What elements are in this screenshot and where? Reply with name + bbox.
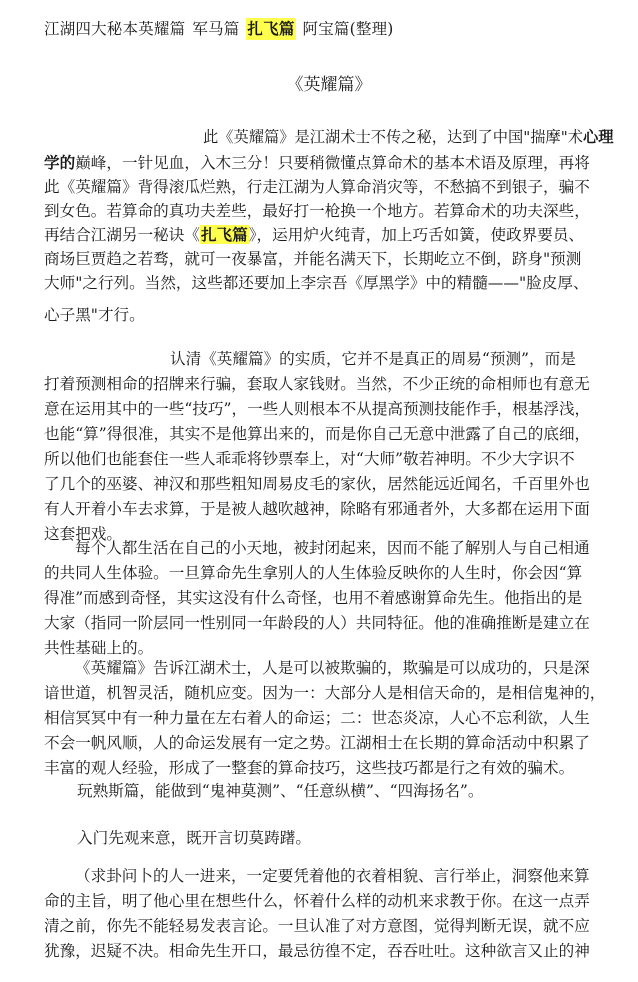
paragraph-7: （求卦问卜的人一进来，一定要凭着他的衣着相貌、言行举止，洞察他来算 命的主旨，明… <box>44 864 614 964</box>
document-title: 《英耀篇》 <box>0 73 638 97</box>
paragraph-1: 此《英耀篇》是江湖术士不传之秘，达到了中国"揣摩"术心理 学的巅峰，一针见血，入… <box>44 124 614 327</box>
paragraph-line: 不会一帆风顺，人的命运发展有一定之势。江湖相士在长期的算命活动中积累了 <box>44 731 614 756</box>
paragraph-3: 每个人都生活在自己的小天地，被封闭起来，因而不能了解别人与自己相通 的共同人生体… <box>44 536 614 661</box>
paragraph-line: 到女色。若算命的真功夫差些，最好打一枪换一个地方。若算命术的功夫深些， <box>44 199 614 223</box>
header-highlighted-zhafei: 扎飞篇 <box>246 18 295 40</box>
paragraph-line: 大家（指同一阶层同一性别同一年龄段的人）共同特征。他的准确推断是建立在 <box>44 611 614 636</box>
paragraph-line: 谙世道，机智灵活，随机应变。因为一：大部分人是相信天命的，是相信鬼神的， <box>44 681 614 706</box>
highlight-zhafei: 扎飞篇 <box>200 225 249 244</box>
paragraph-line: 犹豫，迟疑不决。相命先生开口，最忌彷徨不定，吞吞吐吐。这种欲言又止的神 <box>44 939 614 964</box>
header-part-abao: 阿宝篇(整理) <box>303 18 394 40</box>
paragraph-line: 相信冥冥中有一种力量在左右着人的命运；二：世态炎凉，人心不忘利欲，人生 <box>44 706 614 731</box>
paragraph-line: 得准”而感到奇怪，其实这没有什么奇怪，也用不着感谢算命先生。他指出的是 <box>44 586 614 611</box>
paragraph-line: 大师"之行列。当然，这些都还要加上李宗吾《厚黑学》中的精髓——"脸皮厚、 <box>44 271 614 303</box>
paragraph-line: 《英耀篇》告诉江湖术士，人是可以被欺骗的，欺骗是可以成功的，只是深 <box>44 656 614 681</box>
paragraph-line: 每个人都生活在自己的小天地，被封闭起来，因而不能了解别人与自己相通 <box>44 536 614 561</box>
paragraph-line: 了几个的巫婆、神汉和那些粗知周易皮毛的家伙，居然能远近闻名，千百里外也 <box>44 472 614 497</box>
paragraph-line: 学的巅峰，一针见血，入木三分！只要稍微懂点算命术的基本术语及原理，再将 <box>44 150 614 175</box>
paragraph-line: 打着预测相命的招牌来行骗，套取人家钱财。当然，不少正统的命相师也有意无 <box>44 372 614 397</box>
paragraph-line: 命的主旨，明了他心里在想些什么，怀着什么样的动机来求教于你。在这一点弄 <box>44 889 614 914</box>
paragraph-line: 所以他们也能套住一些人乖乖将钞票奉上，对“大师”敬若神明。不少大字识不 <box>44 447 614 472</box>
document-header: 江湖四大秘本英耀篇军马篇扎飞篇阿宝篇(整理) <box>44 18 394 40</box>
paragraph-line: 入门先观来意，既开言切莫踌躇。 <box>77 825 638 851</box>
paragraph-line: 商场巨贾趋之若骛，就可一夜暴富，并能名满天下，长期屹立不倒，跻身"预测 <box>44 247 614 271</box>
paragraph-line: （求卦问卜的人一进来，一定要凭着他的衣着相貌、言行举止，洞察他来算 <box>44 864 614 889</box>
paragraph-line: 清之前，你先不能轻易发表言论。一旦认准了对方意图，觉得判断无误，就不应 <box>44 914 614 939</box>
paragraph-line: 再结合江湖另一秘诀《扎飞篇》，运用炉火纯青，加上巧舌如簧，使政界要员、 <box>44 223 614 247</box>
paragraph-line: 心子黑"才行。 <box>44 303 614 327</box>
paragraph-line: 也能“算”得很准，其实不是他算出来的，而是你自己无意中泄露了自己的底细， <box>44 422 614 447</box>
paragraph-line: 的共同人生体验。一旦算命先生拿别人的人生体验反映你的人生时，你会因“算 <box>44 561 614 586</box>
paragraph-5: 玩熟斯篇，能做到“鬼神莫测”、“任意纵横”、“四海扬名”。 <box>77 778 638 804</box>
header-prefix: 江湖四大秘本英耀篇 <box>44 18 185 40</box>
header-part-junma: 军马篇 <box>192 18 239 40</box>
paragraph-4: 《英耀篇》告诉江湖术士，人是可以被欺骗的，欺骗是可以成功的，只是深 谙世道，机智… <box>44 656 614 781</box>
paragraph-line: 此《英耀篇》是江湖术士不传之秘，达到了中国"揣摩"术心理 <box>44 124 614 150</box>
paragraph-line: 此《英耀篇》背得滚瓜烂熟，行走江湖为人算命消灾等，不愁搞不到银子，骗不 <box>44 175 614 199</box>
paragraph-line: 有人开着小车去求算，于是被人越吹越神，除略有邪通者外，大多都在运用下面 <box>44 497 614 522</box>
paragraph-6: 入门先观来意，既开言切莫踌躇。 <box>77 825 638 851</box>
paragraph-line: 认清《英耀篇》的实质，它并不是真正的周易“预测”，而是 <box>44 347 614 372</box>
document-page: 江湖四大秘本英耀篇军马篇扎飞篇阿宝篇(整理) 《英耀篇》 此《英耀篇》是江湖术士… <box>0 0 638 982</box>
paragraph-line: 玩熟斯篇，能做到“鬼神莫测”、“任意纵横”、“四海扬名”。 <box>77 778 638 804</box>
paragraph-2: 认清《英耀篇》的实质，它并不是真正的周易“预测”，而是 打着预测相命的招牌来行骗… <box>44 347 614 547</box>
paragraph-line: 意在运用其中的一些“技巧”，一些人则根本不从提高预测技能作手，根基浮浅， <box>44 397 614 422</box>
